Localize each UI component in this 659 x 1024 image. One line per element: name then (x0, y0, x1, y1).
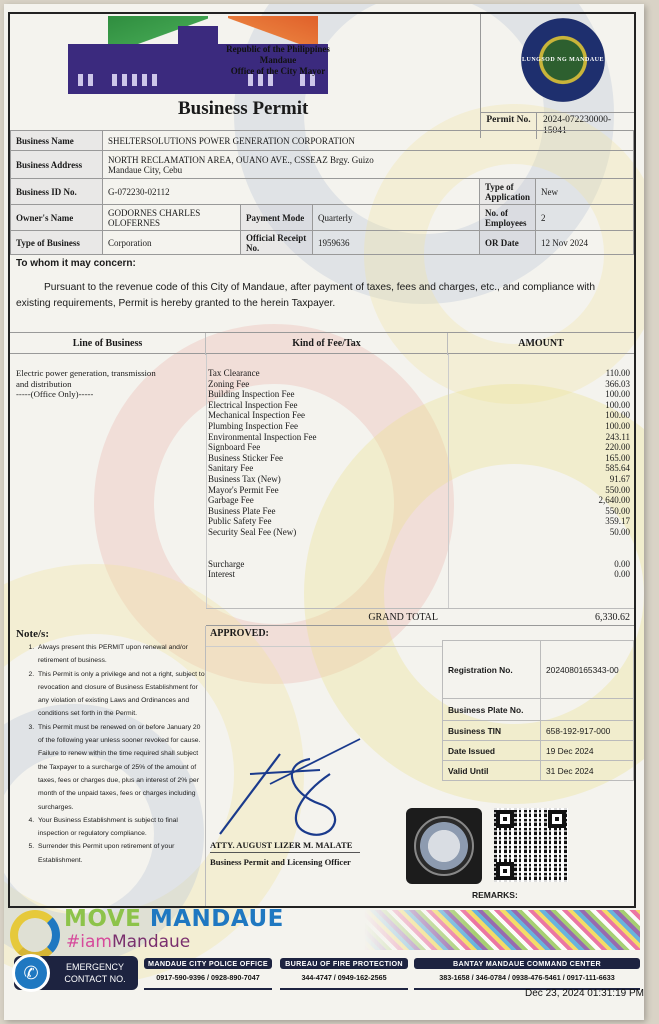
application-type-value: New (536, 179, 634, 205)
fee-amount: 91.67 (450, 474, 630, 485)
city-hall-logo: Republic of the Philippines Mandaue Offi… (68, 16, 328, 96)
official-receipt-label: Official Receipt No. (241, 231, 313, 255)
business-name-label: Business Name (11, 131, 103, 151)
note-item: Always present this PERMIT upon renewal … (36, 641, 205, 668)
notes-list: Always present this PERMIT upon renewal … (36, 641, 205, 867)
print-timestamp: Dec 23, 2024 01:31:19 PM (525, 988, 644, 999)
hologram-seal-icon (406, 808, 482, 884)
fees-table-header: Line of Business Kind of Fee/Tax AMOUNT (10, 332, 634, 354)
tin-value: 658-192-917-000 (541, 721, 634, 741)
tin-label: Business TIN (443, 721, 541, 741)
note-item: This Permit must be renewed on or before… (36, 721, 205, 814)
fee-amount: 0.00 (450, 559, 630, 570)
decorative-pattern (364, 910, 640, 950)
signer-name: ATTY. AUGUST LIZER M. MALATE (210, 840, 352, 850)
fee-name: Garbage Fee (208, 495, 448, 506)
signature-line (210, 852, 360, 853)
fee-name: Electrical Inspection Fee (208, 400, 448, 411)
fee-amounts-list: 110.00366.03100.00100.00100.00100.00243.… (450, 368, 634, 580)
owner-name-label: Owner's Name (11, 205, 103, 231)
move-mandaue-logo-icon (10, 910, 60, 960)
fee-amount: 50.00 (450, 527, 630, 538)
fee-amount: 585.64 (450, 463, 630, 474)
employees-label: No. of Employees (479, 205, 535, 231)
fee-amount: 366.03 (450, 379, 630, 390)
emergency-contact-badge: ✆ EMERGENCY CONTACT NO. (14, 956, 138, 990)
fee-name: Security Seal Fee (New) (208, 527, 448, 538)
approved-label: APPROVED: (210, 628, 269, 639)
business-id-value: G-072230-02112 (103, 179, 480, 205)
fee-amount: 100.00 (450, 410, 630, 421)
signer-title: Business Permit and Licensing Officer (210, 857, 351, 867)
business-type-value: Corporation (103, 231, 241, 255)
permit-header: Republic of the Philippines Mandaue Offi… (10, 14, 634, 130)
note-item: Surrender this Permit upon retirement of… (36, 840, 205, 867)
or-date-label: OR Date (479, 231, 535, 255)
business-info-table: Business Name SHELTERSOLUTIONS POWER GEN… (10, 130, 634, 255)
line-of-business: Electric power generation, transmission … (16, 368, 196, 400)
fee-amount: 2,640.00 (450, 495, 630, 506)
employees-value: 2 (536, 205, 634, 231)
fee-amount: 100.00 (450, 400, 630, 411)
registration-no-label: Registration No. (443, 641, 541, 699)
fee-name: Environmental Inspection Fee (208, 432, 448, 443)
fee-amount: 550.00 (450, 506, 630, 517)
city-seal-icon: LUNGSOD NG MANDAUE (521, 18, 605, 102)
seal-cell: LUNGSOD NG MANDAUE (480, 14, 634, 112)
fee-name: Tax Clearance (208, 368, 448, 379)
fee-name: Business Tax (New) (208, 474, 448, 485)
business-type-label: Type of Business (11, 231, 103, 255)
owner-name-value: GODORNES CHARLES OLOFERNES (103, 205, 241, 231)
business-address-value: NORTH RECLAMATION AREA, OUANO AVE., CSSE… (103, 151, 634, 179)
fee-amount: 359.17 (450, 516, 630, 527)
signature-icon (210, 734, 370, 844)
remarks-label: REMARKS: (472, 890, 518, 900)
brand-title: MOVE MANDAUE (64, 906, 284, 932)
brand-hashtag: #iamMandaue (66, 932, 190, 952)
fee-name: Building Inspection Fee (208, 389, 448, 400)
agency-police: MANDAUE CITY POLICE OFFICE 0917-590-9396… (144, 958, 272, 992)
document-title: Business Permit (178, 98, 308, 120)
note-item: This Permit is only a privilege and not … (36, 668, 205, 721)
fee-name: Business Plate Fee (208, 506, 448, 517)
registration-no-value: 2024080165343-00 (541, 641, 634, 699)
valid-until-value: 31 Dec 2024 (541, 761, 634, 781)
fee-name: Interest (208, 569, 448, 580)
plate-no-value (541, 699, 634, 721)
grand-total-label: GRAND TOTAL (368, 612, 438, 623)
grand-total-value: 6,330.62 (595, 612, 630, 623)
phone-icon: ✆ (12, 954, 50, 992)
fee-name: Sanitary Fee (208, 463, 448, 474)
fee-amount: 0.00 (450, 569, 630, 580)
fee-names-list: Tax ClearanceZoning FeeBuilding Inspecti… (208, 368, 448, 580)
fee-name: Zoning Fee (208, 379, 448, 390)
fee-amount: 100.00 (450, 389, 630, 400)
fee-amount: 220.00 (450, 442, 630, 453)
fee-name: Plumbing Inspection Fee (208, 421, 448, 432)
fee-name: Mechanical Inspection Fee (208, 410, 448, 421)
permit-frame: Republic of the Philippines Mandaue Offi… (8, 12, 636, 908)
notes-section: Note/s: Always present this PERMIT upon … (10, 626, 206, 906)
or-date-value: 12 Nov 2024 (536, 231, 634, 255)
column-divider (448, 354, 449, 608)
business-address-label: Business Address (11, 151, 103, 179)
date-issued-label: Date Issued (443, 741, 541, 761)
fee-name: Business Sticker Fee (208, 453, 448, 464)
payment-mode-value: Quarterly (313, 205, 480, 231)
header-line-of-business: Line of Business (10, 333, 206, 355)
fee-name: Mayor's Permit Fee (208, 485, 448, 496)
column-divider (206, 354, 207, 608)
valid-until-label: Valid Until (443, 761, 541, 781)
registration-table: Registration No. 2024080165343-00 Busine… (442, 640, 634, 781)
government-heading: Republic of the Philippines Mandaue Offi… (208, 44, 348, 77)
fee-amount: 110.00 (450, 368, 630, 379)
fee-amount: 100.00 (450, 421, 630, 432)
business-permit-document: Republic of the Philippines Mandaue Offi… (4, 4, 644, 1020)
header-kind-of-fee: Kind of Fee/Tax (206, 333, 448, 355)
fee-name: Public Safety Fee (208, 516, 448, 527)
fee-amount: 165.00 (450, 453, 630, 464)
note-item: Your Business Establishment is subject t… (36, 814, 205, 841)
header-amount: AMOUNT (448, 333, 634, 355)
salutation: To whom it may concern: (16, 258, 136, 269)
agency-command-center: BANTAY MANDAUE COMMAND CENTER 383-1658 /… (414, 958, 640, 992)
fee-name: Signboard Fee (208, 442, 448, 453)
bridge-graphic (228, 16, 318, 46)
fee-amount: 243.11 (450, 432, 630, 443)
plate-no-label: Business Plate No. (443, 699, 541, 721)
notes-title: Note/s: (16, 628, 205, 640)
agency-fire: BUREAU OF FIRE PROTECTION 344-4747 / 094… (280, 958, 408, 992)
qr-code[interactable] (494, 808, 568, 882)
application-type-label: Type of Application (479, 179, 535, 205)
grand-total-row: GRAND TOTAL 6,330.62 (206, 608, 634, 626)
official-receipt-value: 1959636 (313, 231, 480, 255)
business-id-label: Business ID No. (11, 179, 103, 205)
footer-banner: MOVE MANDAUE #iamMandaue ✆ EMERGENCY CON… (8, 908, 644, 1020)
permit-grant-paragraph: Pursuant to the revenue code of this Cit… (16, 280, 628, 312)
payment-mode-label: Payment Mode (241, 205, 313, 231)
date-issued-value: 19 Dec 2024 (541, 741, 634, 761)
business-name-value: SHELTERSOLUTIONS POWER GENERATION CORPOR… (103, 131, 634, 151)
divider (206, 646, 442, 647)
fee-name: Surcharge (208, 559, 448, 570)
fee-amount: 550.00 (450, 485, 630, 496)
